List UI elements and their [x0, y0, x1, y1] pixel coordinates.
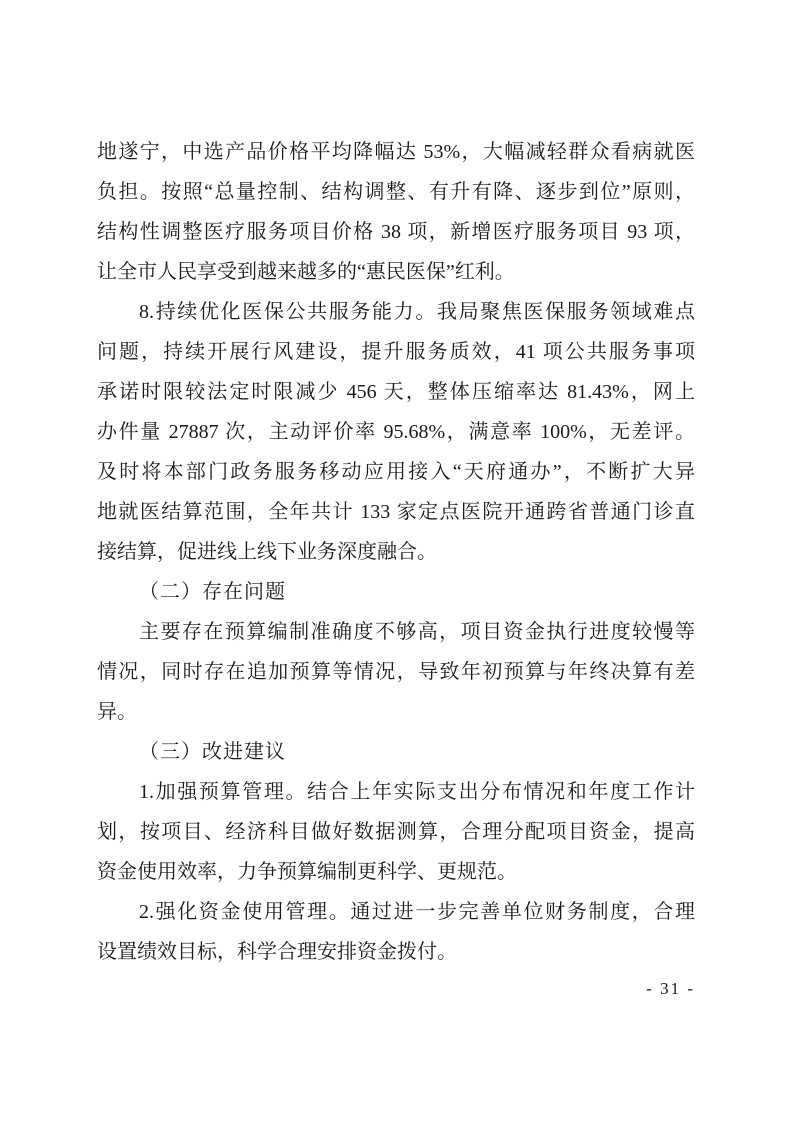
text-line: 及时将本部门政务服务移动应用接入“天府通办”，不断扩大异	[97, 452, 695, 492]
text-line: 8.持续优化医保公共服务能力。我局聚焦医保服务领域难点	[97, 292, 695, 332]
text-line: 资金使用效率，力争预算编制更科学、更规范。	[97, 852, 695, 892]
text-line: 情况，同时存在追加预算等情况，导致年初预算与年终决算有差	[97, 652, 695, 692]
document-body: 地遂宁，中选产品价格平均降幅达 53%，大幅减轻群众看病就医 负担。按照“总量控…	[97, 132, 695, 1000]
page-number: - 31 -	[97, 978, 695, 1000]
text-line: 办件量 27887 次，主动评价率 95.68%，满意率 100%，无差评。	[97, 412, 695, 452]
section-heading: （二）存在问题	[97, 572, 695, 612]
text-line: 承诺时限较法定时限减少 456 天，整体压缩率达 81.43%，网上	[97, 372, 695, 412]
text-line: 设置绩效目标，科学合理安排资金拨付。	[97, 932, 695, 972]
text-line: 划，按项目、经济科目做好数据测算，合理分配项目资金，提高	[97, 812, 695, 852]
text-line: 结构性调整医疗服务项目价格 38 项，新增医疗服务项目 93 项，	[97, 212, 695, 252]
text-line: 1.加强预算管理。结合上年实际支出分布情况和年度工作计	[97, 772, 695, 812]
text-line: 异。	[97, 692, 695, 732]
text-line: 主要存在预算编制准确度不够高，项目资金执行进度较慢等	[97, 612, 695, 652]
text-line: 接结算，促进线上线下业务深度融合。	[97, 532, 695, 572]
text-line: 2.强化资金使用管理。通过进一步完善单位财务制度，合理	[97, 892, 695, 932]
document-page: 地遂宁，中选产品价格平均降幅达 53%，大幅减轻群众看病就医 负担。按照“总量控…	[0, 0, 793, 1122]
text-line: 问题，持续开展行风建设，提升服务质效，41 项公共服务事项	[97, 332, 695, 372]
text-line: 地遂宁，中选产品价格平均降幅达 53%，大幅减轻群众看病就医	[97, 132, 695, 172]
text-line: 让全市人民享受到越来越多的“惠民医保”红利。	[97, 252, 695, 292]
section-heading: （三）改进建议	[97, 732, 695, 772]
text-line: 地就医结算范围，全年共计 133 家定点医院开通跨省普通门诊直	[97, 492, 695, 532]
text-line: 负担。按照“总量控制、结构调整、有升有降、逐步到位”原则，	[97, 172, 695, 212]
